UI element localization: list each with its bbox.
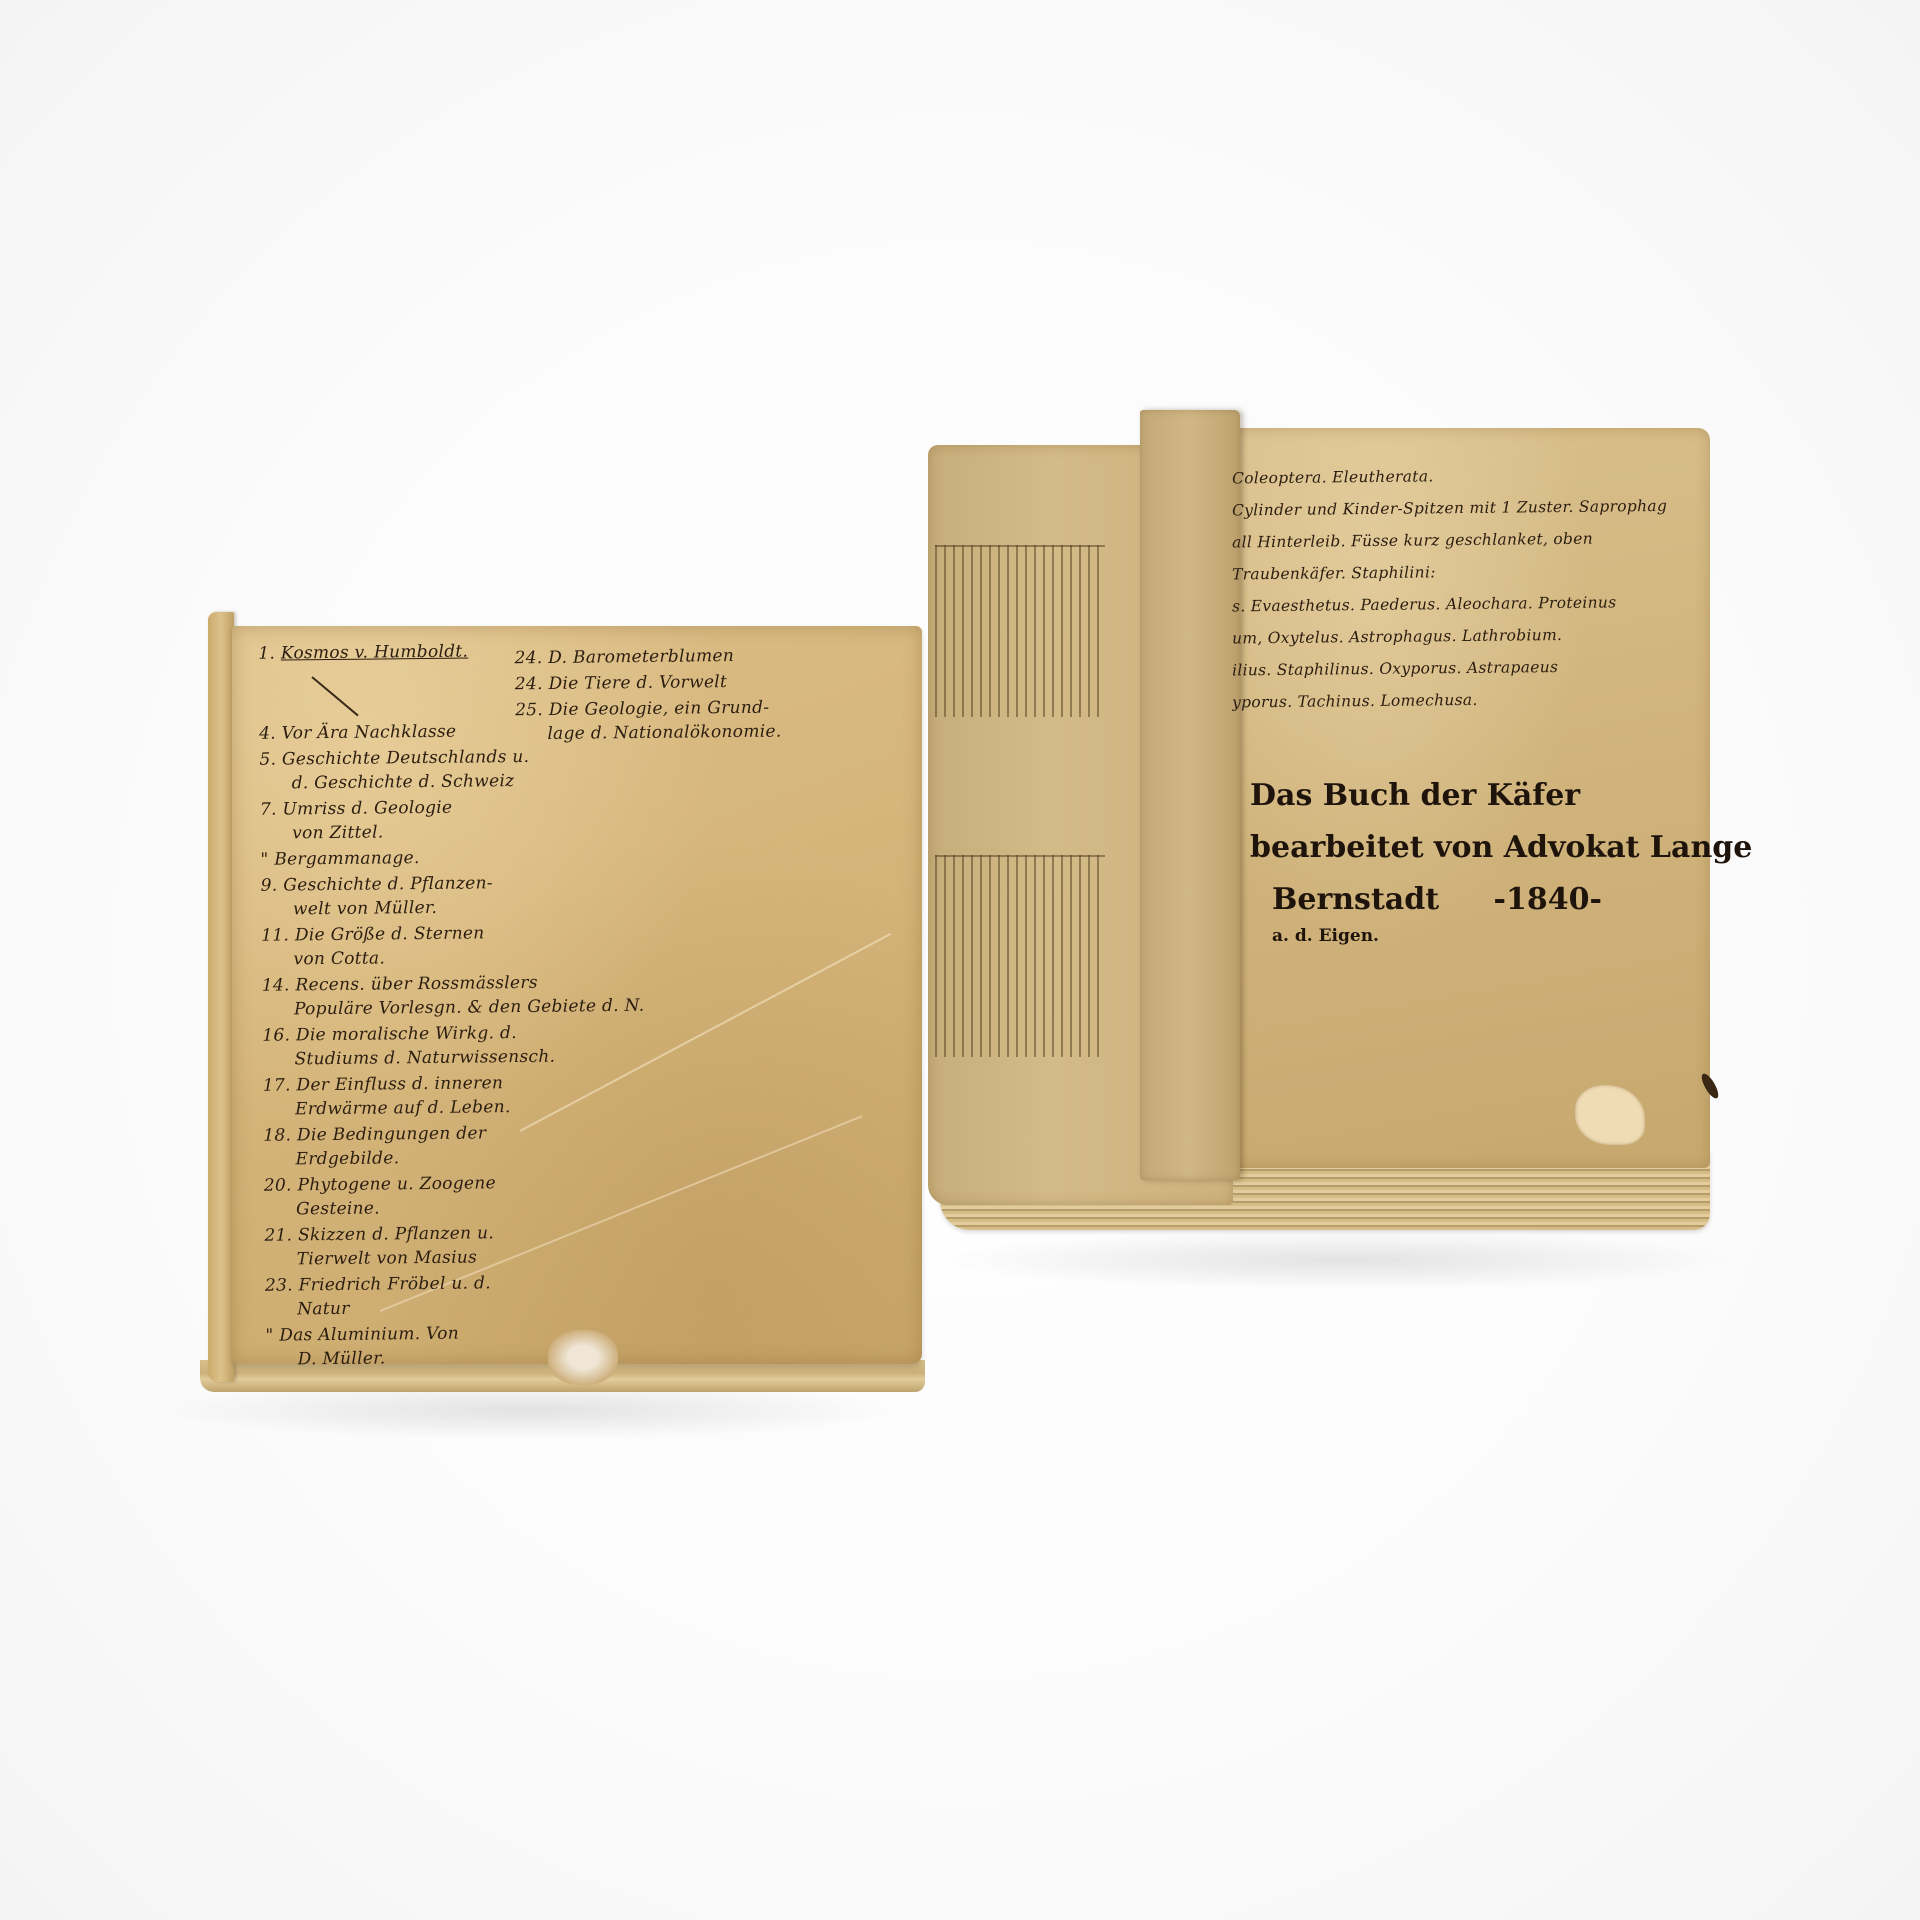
toc-entry: 20. Phytogene u. Zoogene Gesteine. [264, 1170, 594, 1221]
spine-paper-wrap [1140, 410, 1240, 1180]
toc-column-1: 1. Kosmos v. Humboldt. 4. Vor Ära Nachkl… [258, 638, 596, 1373]
book-place-year: Bernstadt -1840- [1250, 874, 1752, 926]
toc-entry-text: Die Geologie, ein Grund- [549, 698, 770, 720]
right-book-shadow [940, 1230, 1740, 1290]
toc-entry-text: Die Bedingungen der [297, 1123, 486, 1145]
book-subplace: a. d. Eigen. [1272, 926, 1752, 946]
toc-entry: " Bergammanage. [260, 844, 590, 871]
toc-entry-text: " Das Aluminium. Von [265, 1324, 459, 1346]
book-year: -1840- [1494, 882, 1602, 917]
species-line: all Hinterleib. Füsse kurz geschlanket, … [1232, 522, 1702, 559]
toc-entry-text: Phytogene u. Zoogene [297, 1173, 496, 1195]
spine-stitching [935, 855, 1105, 1057]
species-line: yporus. Tachinus. Lomechusa. [1232, 682, 1702, 716]
species-line: um, Oxytelus. Astrophagus. Lathrobium. [1232, 618, 1702, 655]
toc-entry-text: Der Einfluss d. inneren [296, 1073, 503, 1095]
toc-entry-text: Kosmos v. Humboldt. [281, 642, 469, 664]
species-line: Cylinder und Kinder-Spitzen mit 1 Zuster… [1232, 490, 1702, 527]
toc-column-2: 24. D. Barometerblumen 24. Die Tiere d. … [514, 644, 765, 749]
book-title-block: Das Buch der Käfer bearbeitet von Advoka… [1250, 770, 1752, 946]
species-list: Coleoptera. Eleutherata. Cylinder und Ki… [1232, 460, 1702, 716]
toc-entry-text: Umriss d. Geologie [282, 798, 452, 820]
toc-entry: 18. Die Bedingungen der Erdgebilde. [263, 1120, 593, 1171]
toc-entry: 14. Recens. über Rossmässlers Populäre V… [262, 970, 592, 1021]
photo-scene: 1. Kosmos v. Humboldt. 4. Vor Ära Nachkl… [0, 0, 1920, 1920]
toc-entry: 24. Die Tiere d. Vorwelt [515, 670, 765, 697]
toc-entry-text: Die moralische Wirkg. d. [296, 1023, 517, 1045]
toc-entry: 16. Die moralische Wirkg. d. Studiums d.… [262, 1020, 592, 1071]
toc-entry-text: Recens. über Rossmässlers [295, 973, 538, 996]
left-booklet-spine-flap [208, 612, 234, 1382]
toc-entry: " Das Aluminium. Von D. Müller. [265, 1320, 595, 1371]
toc-entry-text: Geschichte d. Pflanzen- [283, 873, 493, 895]
toc-entry: 21. Skizzen d. Pflanzen u. Tierwelt von … [264, 1220, 594, 1271]
book-title: Das Buch der Käfer [1250, 770, 1752, 822]
toc-entry-text: Vor Ära Nachklasse [282, 722, 457, 744]
species-line: Traubenkäfer. Staphilini: [1232, 554, 1702, 591]
toc-entry: 5. Geschichte Deutschlands u. d. Geschic… [259, 744, 589, 795]
species-line: ilius. Staphilinus. Oxyporus. Astrapaeus [1232, 650, 1702, 687]
toc-entry: 7. Umriss d. Geologie von Zittel. [260, 794, 590, 845]
toc-entry: 24. D. Barometerblumen [514, 644, 764, 671]
spine-stitching [935, 545, 1105, 717]
toc-entry: 9. Geschichte d. Pflanzen- welt von Müll… [261, 870, 591, 921]
toc-entry-text: " Bergammanage. [260, 848, 419, 870]
toc-entry-text: D. Barometerblumen [548, 646, 734, 668]
book-place: Bernstadt [1272, 882, 1439, 917]
species-line: s. Evaesthetus. Paederus. Aleochara. Pro… [1232, 586, 1702, 623]
toc-entry: 25. Die Geologie, ein Grund- lage d. Nat… [515, 696, 765, 747]
toc-entry: 17. Der Einfluss d. inneren Erdwärme auf… [263, 1070, 593, 1121]
toc-entry: 11. Die Größe d. Sternen von Cotta. [261, 920, 591, 971]
toc-entry-text: Friedrich Fröbel u. d. [298, 1273, 491, 1295]
toc-entry-text: Skizzen d. Pflanzen u. [298, 1223, 494, 1245]
toc-entry: 23. Friedrich Fröbel u. d. Natur [265, 1270, 595, 1321]
toc-entry-text: Geschichte Deutschlands u. [282, 747, 530, 770]
toc-entry-text: Die Größe d. Sternen [295, 923, 485, 945]
book-author: bearbeitet von Advokat Lange [1250, 822, 1752, 874]
toc-entry-text: Die Tiere d. Vorwelt [548, 672, 727, 694]
